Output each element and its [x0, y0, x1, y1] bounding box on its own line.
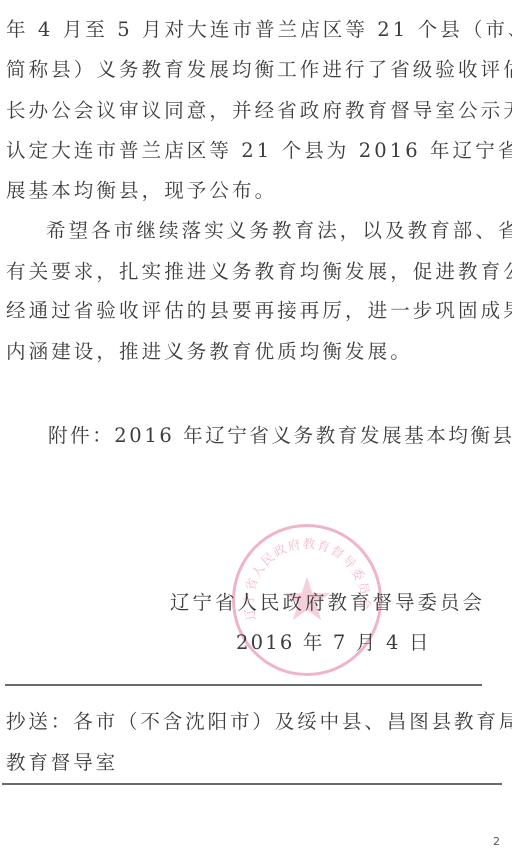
cc-bottom-divider — [2, 783, 502, 785]
paragraph-2-line-3: 经通过省验收评估的县要再接再厉，进一步巩固成果，加强 — [6, 299, 512, 323]
paragraph-1-line-1: 年 4 月至 5 月对大连市普兰店区等 21 个县（市、区，以下 — [6, 18, 512, 42]
paragraph-2-line-2: 有关要求，扎实推进义务教育均衡发展，促进教育公平。已 — [6, 260, 512, 284]
paragraph-1-line-5: 展基本均衡县，现予公布。 — [6, 179, 277, 203]
paragraph-1-line-3: 长办公会议审议同意，并经省政府教育督导室公示无异议， — [6, 99, 512, 123]
cc-line-2: 教育督导室 — [6, 751, 118, 775]
cc-line-1: 抄送：各市（不含沈阳市）及绥中县、昌图县教育局，政府 — [6, 710, 512, 734]
cc-top-divider — [5, 684, 482, 686]
paragraph-1-line-4: 认定大连市普兰店区等 21 个县为 2016 年辽宁省义务教育发 — [6, 139, 512, 163]
paragraph-2-line-1: 希望各市继续落实义务教育法，以及教育部、省政府的 — [46, 219, 512, 243]
attachment-line: 附件：2016 年辽宁省义务教育发展基本均衡县名单 — [48, 424, 512, 448]
issue-date: 2016 年 7 月 4 日 — [236, 631, 431, 655]
page-number: 2 — [493, 835, 500, 848]
paragraph-1-line-2: 简称县）义务教育发展均衡工作进行了省级验收评估，经省 — [6, 58, 512, 82]
paragraph-2-line-4: 内涵建设，推进义务教育优质均衡发展。 — [6, 340, 413, 364]
issuer-name: 辽宁省人民政府教育督导委员会 — [170, 591, 485, 615]
